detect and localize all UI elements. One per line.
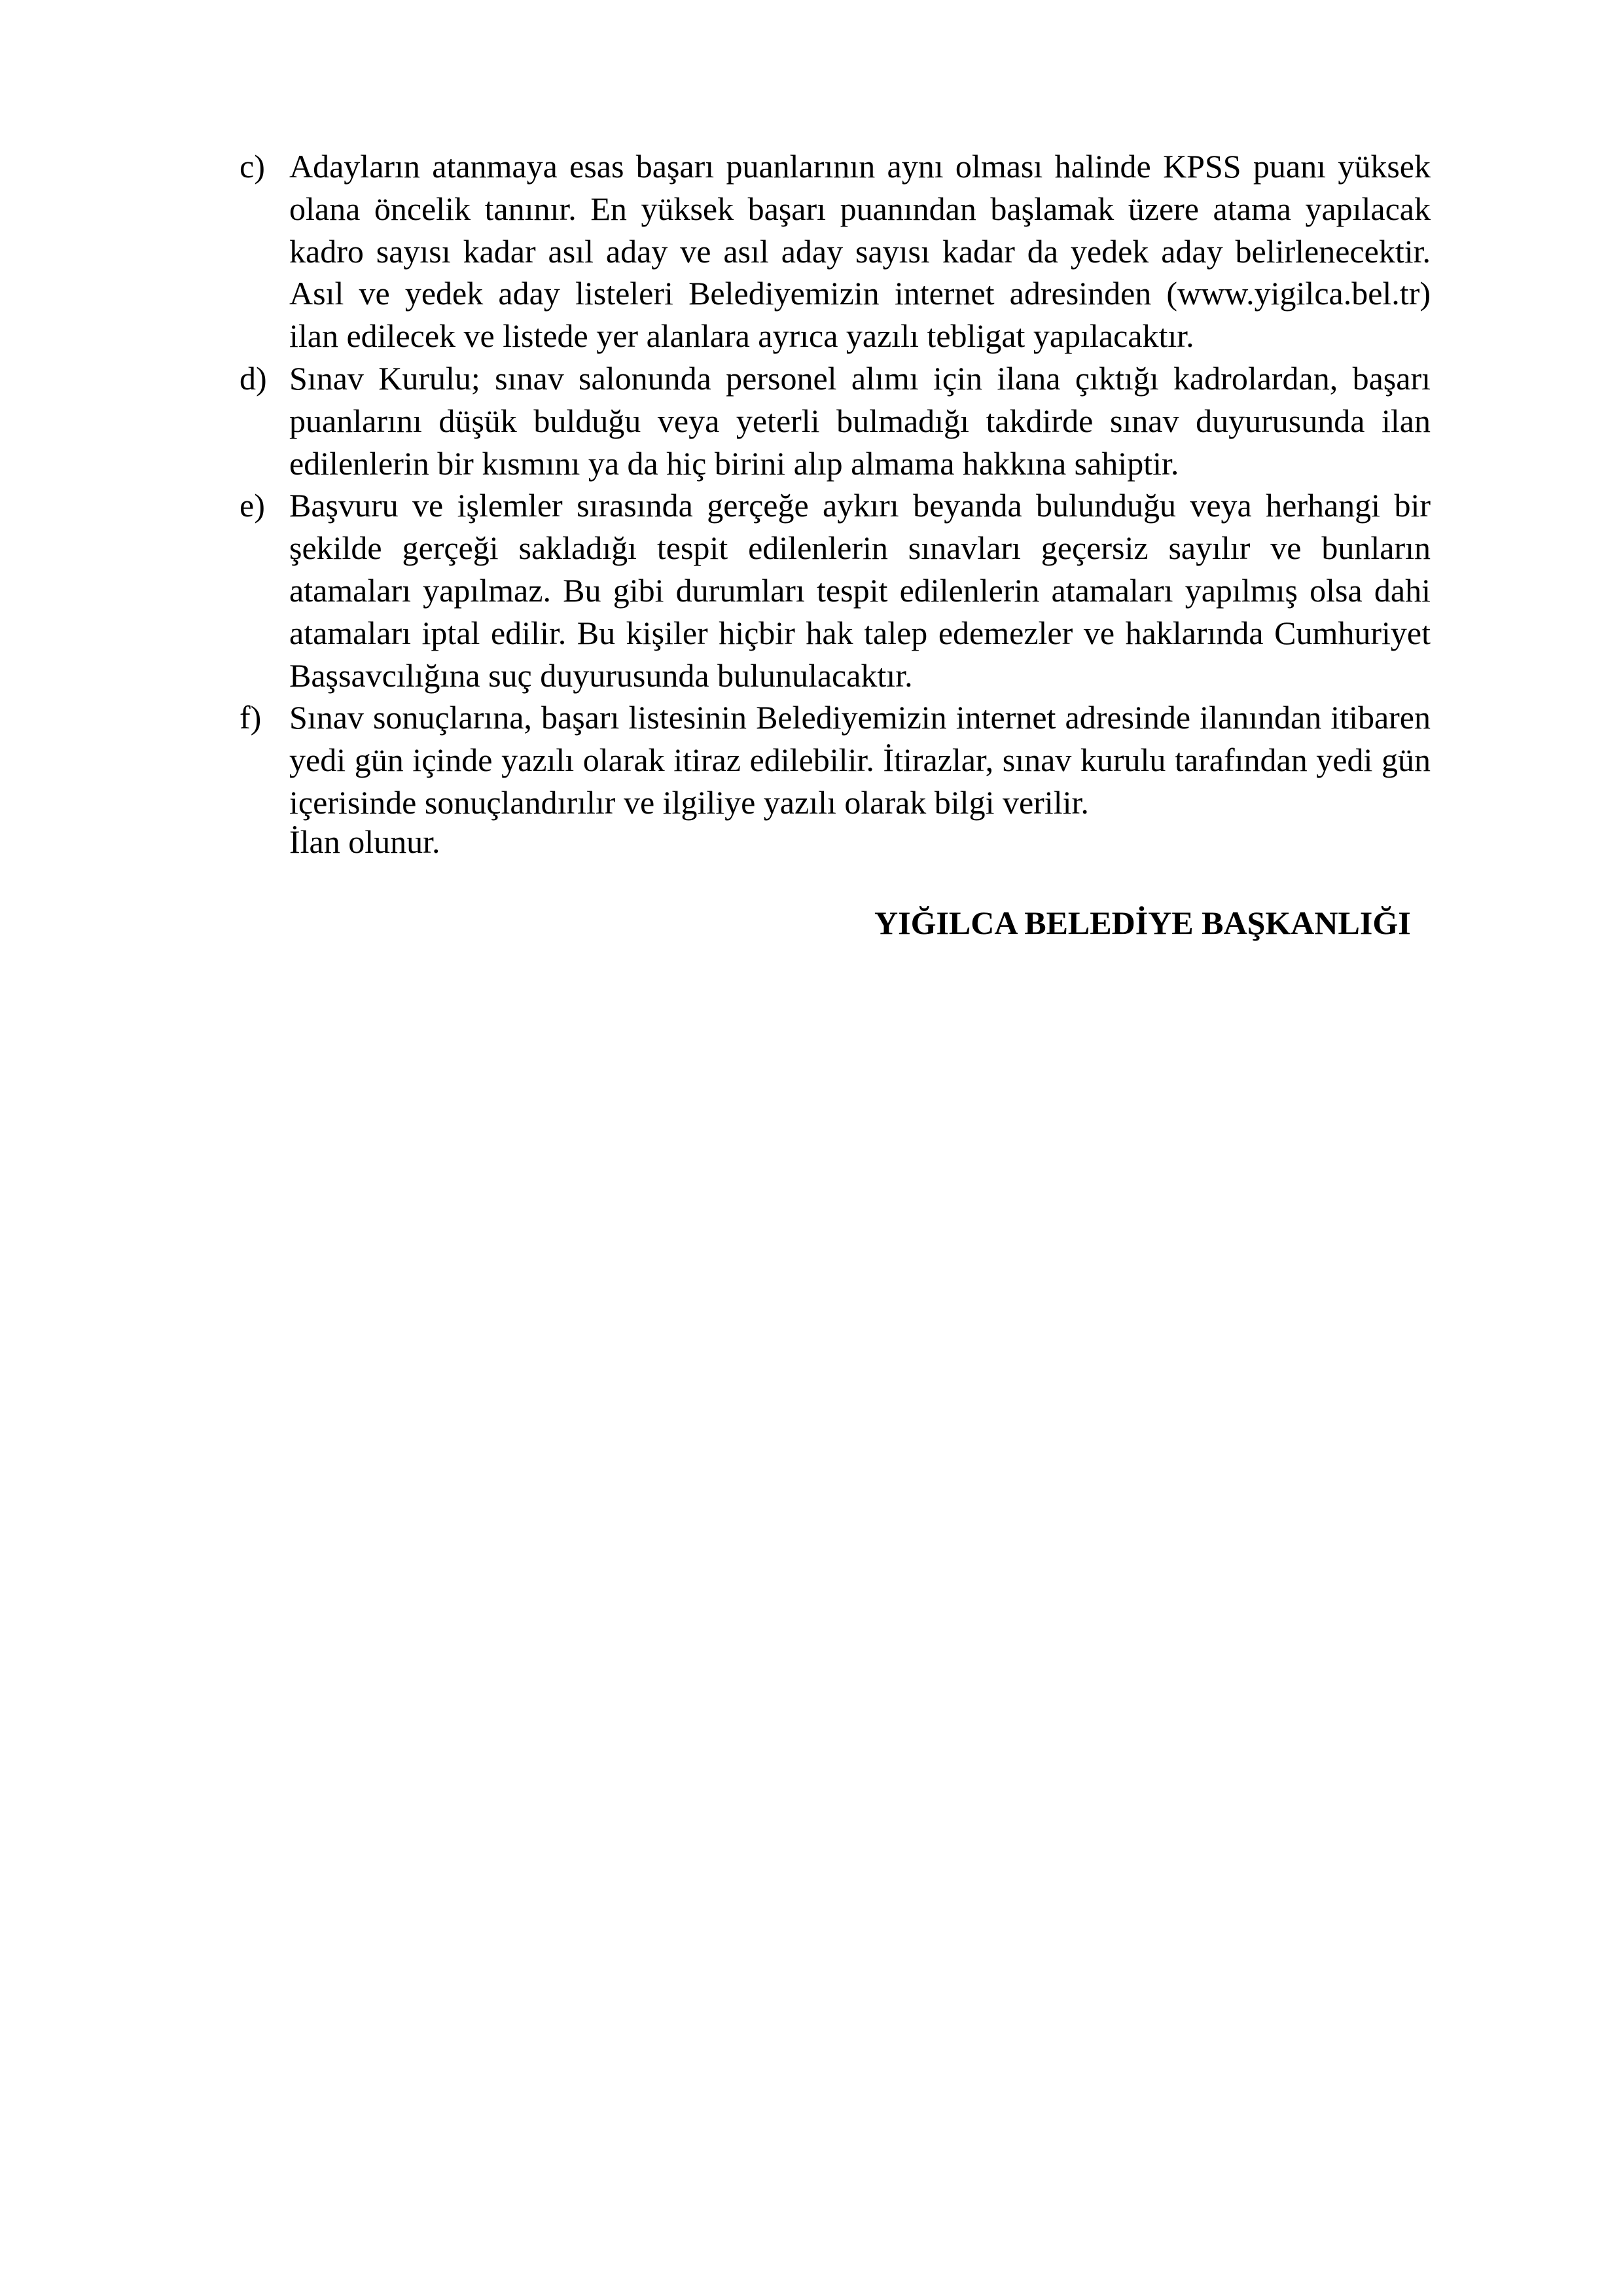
item-text: Sınav Kurulu; sınav salonunda personel a… — [289, 357, 1431, 484]
item-text: Sınav sonuçlarına, başarı listesinin Bel… — [289, 696, 1431, 823]
list-item-f: f) Sınav sonuçlarına, başarı listesinin … — [240, 696, 1431, 823]
list-item-c: c) Adayların atanmaya esas başarı puanla… — [240, 145, 1431, 357]
list-item-e: e) Başvuru ve işlemler sırasında gerçeğe… — [240, 484, 1431, 696]
signature-block: YIĞILCA BELEDİYE BAŞKANLIĞI — [874, 902, 1411, 944]
item-marker: e) — [240, 484, 265, 527]
item-text: Adayların atanmaya esas başarı puanların… — [289, 145, 1431, 357]
document-page: c) Adayların atanmaya esas başarı puanla… — [0, 0, 1623, 2296]
list-item-d: d) Sınav Kurulu; sınav salonunda persone… — [240, 357, 1431, 484]
item-marker: f) — [240, 696, 261, 739]
announcement-list: c) Adayların atanmaya esas başarı puanla… — [240, 145, 1431, 824]
item-marker: d) — [240, 357, 267, 400]
item-text: Başvuru ve işlemler sırasında gerçeğe ay… — [289, 484, 1431, 696]
closing-line: İlan olunur. — [289, 821, 440, 863]
item-marker: c) — [240, 145, 265, 188]
